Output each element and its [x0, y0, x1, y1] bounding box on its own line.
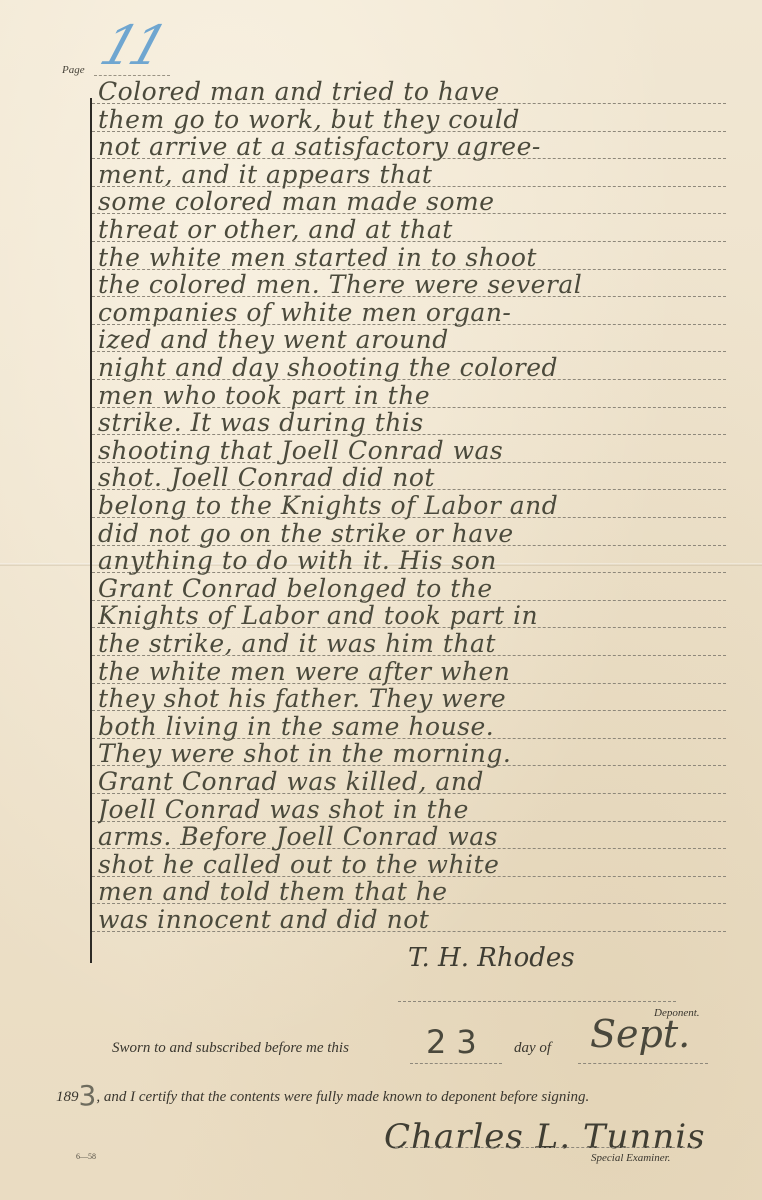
- examiner-label: Special Examiner.: [591, 1152, 670, 1164]
- handwritten-line: Knights of Labor and took part in: [98, 601, 728, 631]
- handwritten-line: strike. It was during this: [98, 408, 728, 438]
- handwritten-line: men and told them that he: [98, 877, 728, 907]
- handwritten-line: Colored man and tried to have: [98, 77, 728, 107]
- oath-certify-text: , and I certify that the contents were f…: [96, 1089, 589, 1105]
- oath-day-line: [410, 1063, 502, 1064]
- oath-day-of: day of: [514, 1040, 551, 1057]
- handwritten-line: They were shot in the morning.: [98, 739, 728, 769]
- handwritten-line: shot. Joell Conrad did not: [98, 463, 728, 493]
- handwritten-line: ment, and it appears that: [98, 160, 728, 190]
- handwritten-line: Grant Conrad belonged to the: [98, 574, 728, 604]
- handwritten-line: the white men were after when: [98, 657, 728, 687]
- handwritten-line: the colored men. There were several: [98, 270, 728, 300]
- handwritten-line: night and day shooting the colored: [98, 353, 728, 383]
- margin-rule: [90, 98, 92, 963]
- handwritten-line: some colored man made some: [98, 187, 728, 217]
- handwritten-line: did not go on the strike or have: [98, 519, 728, 549]
- handwritten-line: they shot his father. They were: [98, 684, 728, 714]
- handwritten-line: threat or other, and at that: [98, 215, 728, 245]
- handwritten-line: not arrive at a satisfactory agree-: [98, 132, 728, 162]
- oath-year-written: 3: [79, 1079, 97, 1112]
- handwritten-line: Joell Conrad was shot in the: [98, 795, 728, 825]
- oath-text-line-2: 1893, and I certify that the contents we…: [56, 1075, 589, 1108]
- handwritten-line: anything to do with it. His son: [98, 546, 728, 576]
- handwritten-line: shot he called out to the white: [98, 850, 728, 880]
- handwritten-line: them go to work, but they could: [98, 105, 728, 135]
- handwritten-line: Grant Conrad was killed, and: [98, 767, 728, 797]
- examiner-signature-line: [395, 1147, 695, 1148]
- handwritten-line: both living in the same house.: [98, 712, 728, 742]
- handwritten-line: ized and they went around: [98, 325, 728, 355]
- handwritten-line: the strike, and it was him that: [98, 629, 728, 659]
- handwritten-line: belong to the Knights of Labor and: [98, 491, 728, 521]
- handwritten-line: arms. Before Joell Conrad was: [98, 822, 728, 852]
- oath-text-line-1: Sworn to and subscribed before me this: [112, 1040, 349, 1057]
- handwritten-line: the white men started in to shoot: [98, 243, 728, 273]
- handwritten-line: shooting that Joell Conrad was: [98, 436, 728, 466]
- oath-month-line: [578, 1063, 708, 1064]
- handwritten-line: men who took part in the: [98, 381, 728, 411]
- oath-month: Sept.: [590, 1012, 690, 1056]
- page-label: Page: [62, 64, 85, 76]
- handwritten-line: was innocent and did not: [98, 905, 728, 935]
- deponent-signature: T. H. Rhodes: [408, 943, 575, 973]
- deponent-signature-line: [398, 1001, 676, 1002]
- oath-day: 23: [426, 1023, 487, 1061]
- form-number: 6—58: [76, 1152, 96, 1161]
- examiner-signature: Charles L. Tunnis: [384, 1117, 706, 1157]
- handwritten-line: companies of white men organ-: [98, 298, 728, 328]
- oath-year-printed: 189: [56, 1089, 79, 1105]
